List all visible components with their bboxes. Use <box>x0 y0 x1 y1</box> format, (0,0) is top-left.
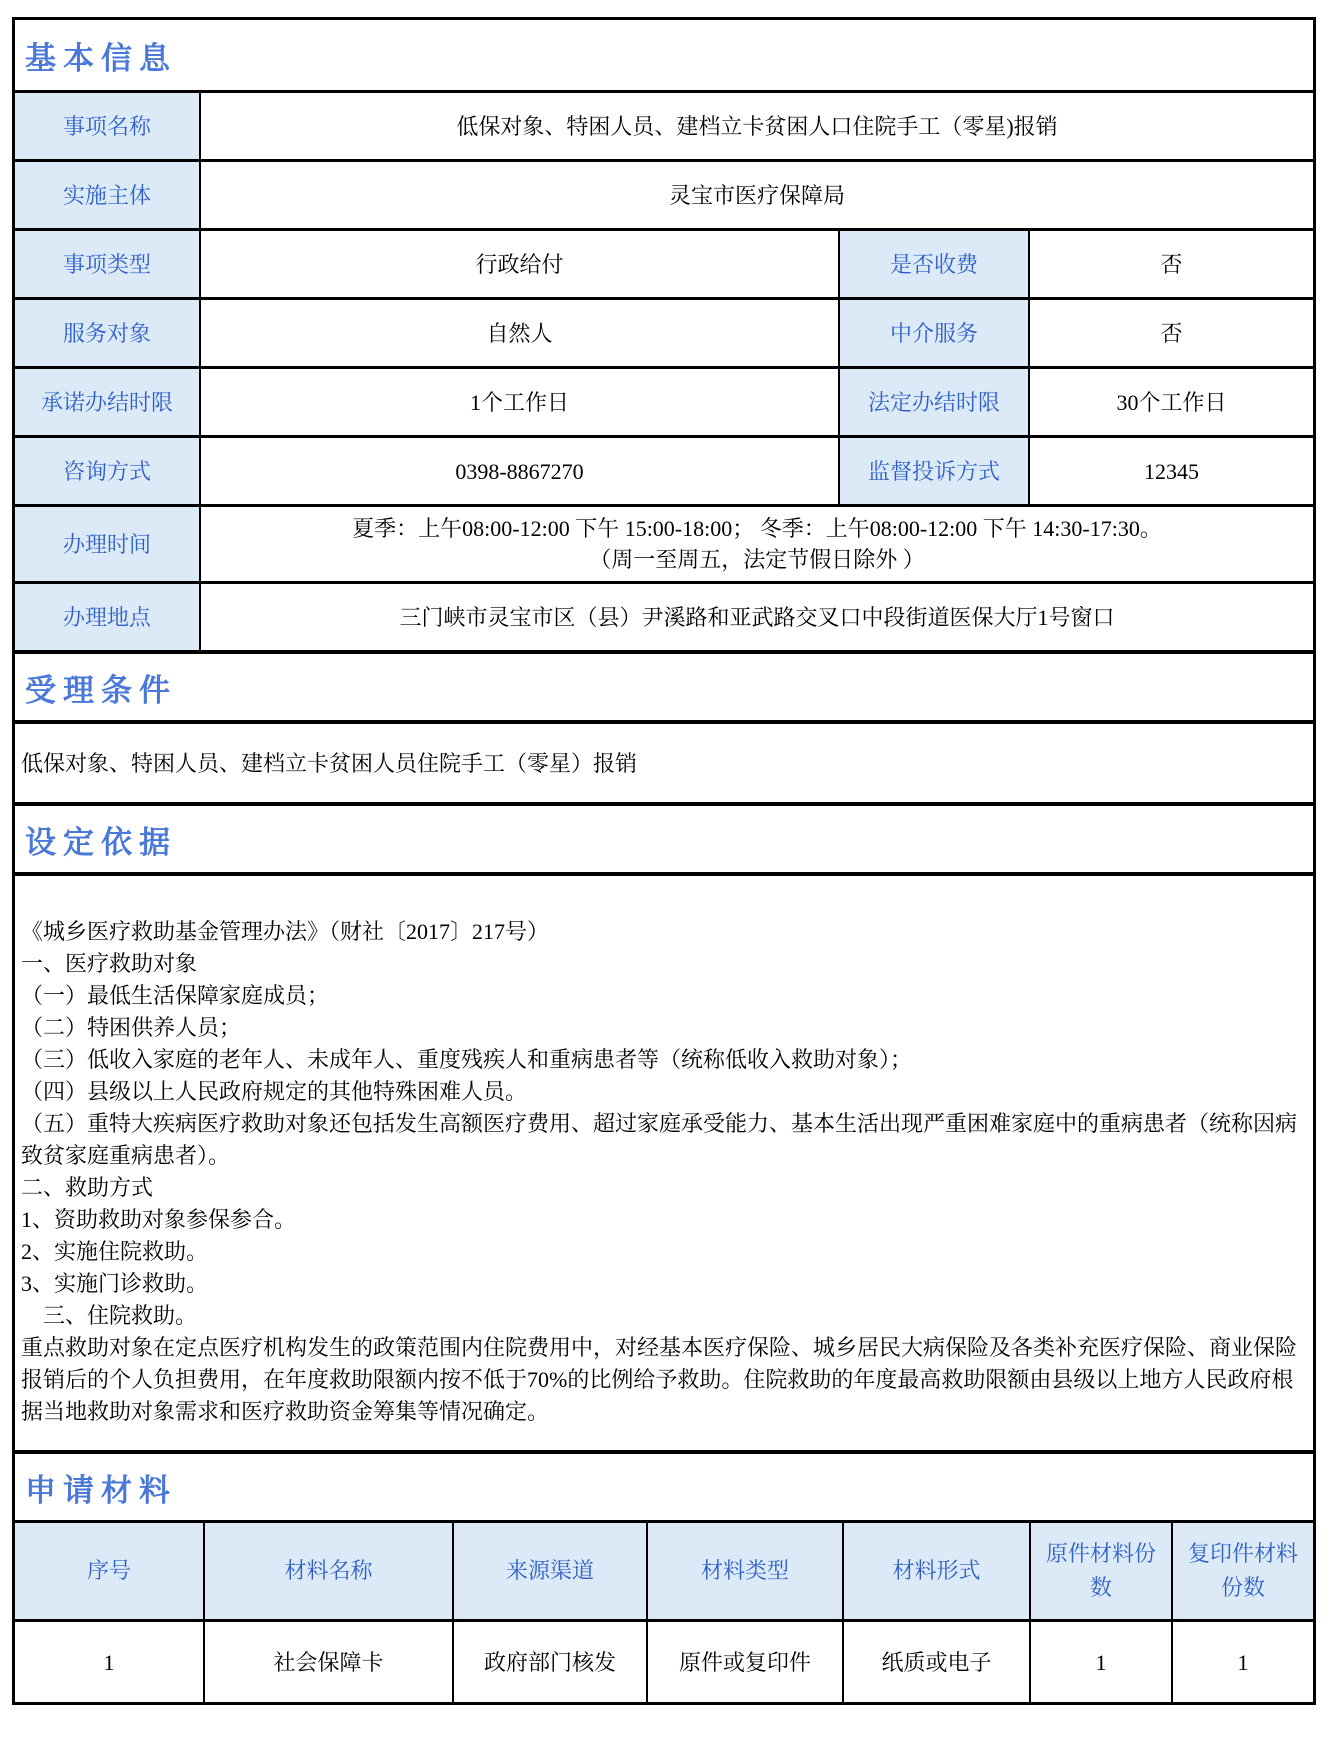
material-type: 原件或复印件 <box>648 1622 844 1702</box>
implementing-agency-value: 灵宝市医疗保障局 <box>201 162 1313 228</box>
consultation-phone-value: 0398-8867270 <box>201 438 840 504</box>
section-title-basic-info: 基本信息 <box>25 33 177 78</box>
service-detail-page: 基本信息 事项名称 低保对象、特困人员、建档立卡贫困人口住院手工（零星)报销 实… <box>0 0 1328 1758</box>
row-handling-location: 办理地点 三门峡市灵宝市区（县）尹溪路和亚武路交叉口中段街道医保大厅1号窗口 <box>15 581 1313 650</box>
row-service-target: 服务对象 自然人 中介服务 否 <box>15 297 1313 366</box>
handling-location-label: 办理地点 <box>15 584 201 650</box>
service-target-value: 自然人 <box>201 300 840 366</box>
item-name-label: 事项名称 <box>15 93 201 159</box>
section-title-materials: 申请材料 <box>25 1465 177 1510</box>
materials-header-photocopy-copies: 复印件材料份数 <box>1173 1523 1313 1619</box>
materials-table: 序号 材料名称 来源渠道 材料类型 材料形式 原件材料份数 复印件材料份数 1 … <box>15 1520 1313 1702</box>
row-promised-time-limit: 承诺办结时限 1个工作日 法定办结时限 30个工作日 <box>15 366 1313 435</box>
handling-time-value: 夏季：上午08:00-12:00 下午 15:00-18:00； 冬季：上午08… <box>201 507 1313 581</box>
statutory-time-limit-value: 30个工作日 <box>1030 369 1313 435</box>
promised-time-limit-label: 承诺办结时限 <box>15 369 201 435</box>
materials-data-row: 1 社会保障卡 政府部门核发 原件或复印件 纸质或电子 1 1 <box>15 1619 1313 1702</box>
basis-content: 《城乡医疗救助基金管理办法》（财社〔2017〕217号） 一、医疗救助对象 （一… <box>15 872 1313 1450</box>
materials-header-source: 来源渠道 <box>454 1523 648 1619</box>
materials-header-original-copies: 原件材料份数 <box>1031 1523 1173 1619</box>
complaint-channel-label: 监督投诉方式 <box>840 438 1030 504</box>
row-consultation: 咨询方式 0398-8867270 监督投诉方式 12345 <box>15 435 1313 504</box>
item-type-value: 行政给付 <box>201 231 840 297</box>
promised-time-limit-value: 1个工作日 <box>201 369 840 435</box>
intermediary-service-value: 否 <box>1030 300 1313 366</box>
section-title-basis: 设定依据 <box>25 817 177 862</box>
item-name-value: 低保对象、特困人员、建档立卡贫困人口住院手工（零星)报销 <box>201 93 1313 159</box>
materials-header-form: 材料形式 <box>844 1523 1031 1619</box>
section-basic-info-header: 基本信息 <box>15 20 1313 90</box>
materials-header-name: 材料名称 <box>205 1523 454 1619</box>
handling-location-value: 三门峡市灵宝市区（县）尹溪路和亚武路交叉口中段街道医保大厅1号窗口 <box>201 584 1313 650</box>
material-source: 政府部门核发 <box>454 1622 648 1702</box>
materials-header-row: 序号 材料名称 来源渠道 材料类型 材料形式 原件材料份数 复印件材料份数 <box>15 1523 1313 1619</box>
service-target-label: 服务对象 <box>15 300 201 366</box>
section-title-acceptance: 受理条件 <box>25 665 177 710</box>
section-acceptance-header: 受理条件 <box>15 650 1313 720</box>
section-materials-header: 申请材料 <box>15 1450 1313 1520</box>
acceptance-content: 低保对象、特困人员、建档立卡贫困人员住院手工（零星）报销 <box>15 720 1313 802</box>
material-form: 纸质或电子 <box>844 1622 1031 1702</box>
complaint-channel-value: 12345 <box>1030 438 1313 504</box>
material-seq: 1 <box>15 1622 205 1702</box>
intermediary-service-label: 中介服务 <box>840 300 1030 366</box>
row-handling-time: 办理时间 夏季：上午08:00-12:00 下午 15:00-18:00； 冬季… <box>15 504 1313 581</box>
material-photocopy-copies: 1 <box>1173 1622 1313 1702</box>
consultation-label: 咨询方式 <box>15 438 201 504</box>
row-implementing-agency: 实施主体 灵宝市医疗保障局 <box>15 159 1313 228</box>
implementing-agency-label: 实施主体 <box>15 162 201 228</box>
section-basis-header: 设定依据 <box>15 802 1313 872</box>
materials-header-type: 材料类型 <box>648 1523 844 1619</box>
service-detail-table: 基本信息 事项名称 低保对象、特困人员、建档立卡贫困人口住院手工（零星)报销 实… <box>12 17 1316 1705</box>
charge-value: 否 <box>1030 231 1313 297</box>
handling-time-label: 办理时间 <box>15 507 201 581</box>
row-item-name: 事项名称 低保对象、特困人员、建档立卡贫困人口住院手工（零星)报销 <box>15 90 1313 159</box>
materials-header-seq: 序号 <box>15 1523 205 1619</box>
material-original-copies: 1 <box>1031 1622 1173 1702</box>
charge-label: 是否收费 <box>840 231 1030 297</box>
item-type-label: 事项类型 <box>15 231 201 297</box>
row-item-type: 事项类型 行政给付 是否收费 否 <box>15 228 1313 297</box>
statutory-time-limit-label: 法定办结时限 <box>840 369 1030 435</box>
material-name: 社会保障卡 <box>205 1622 454 1702</box>
